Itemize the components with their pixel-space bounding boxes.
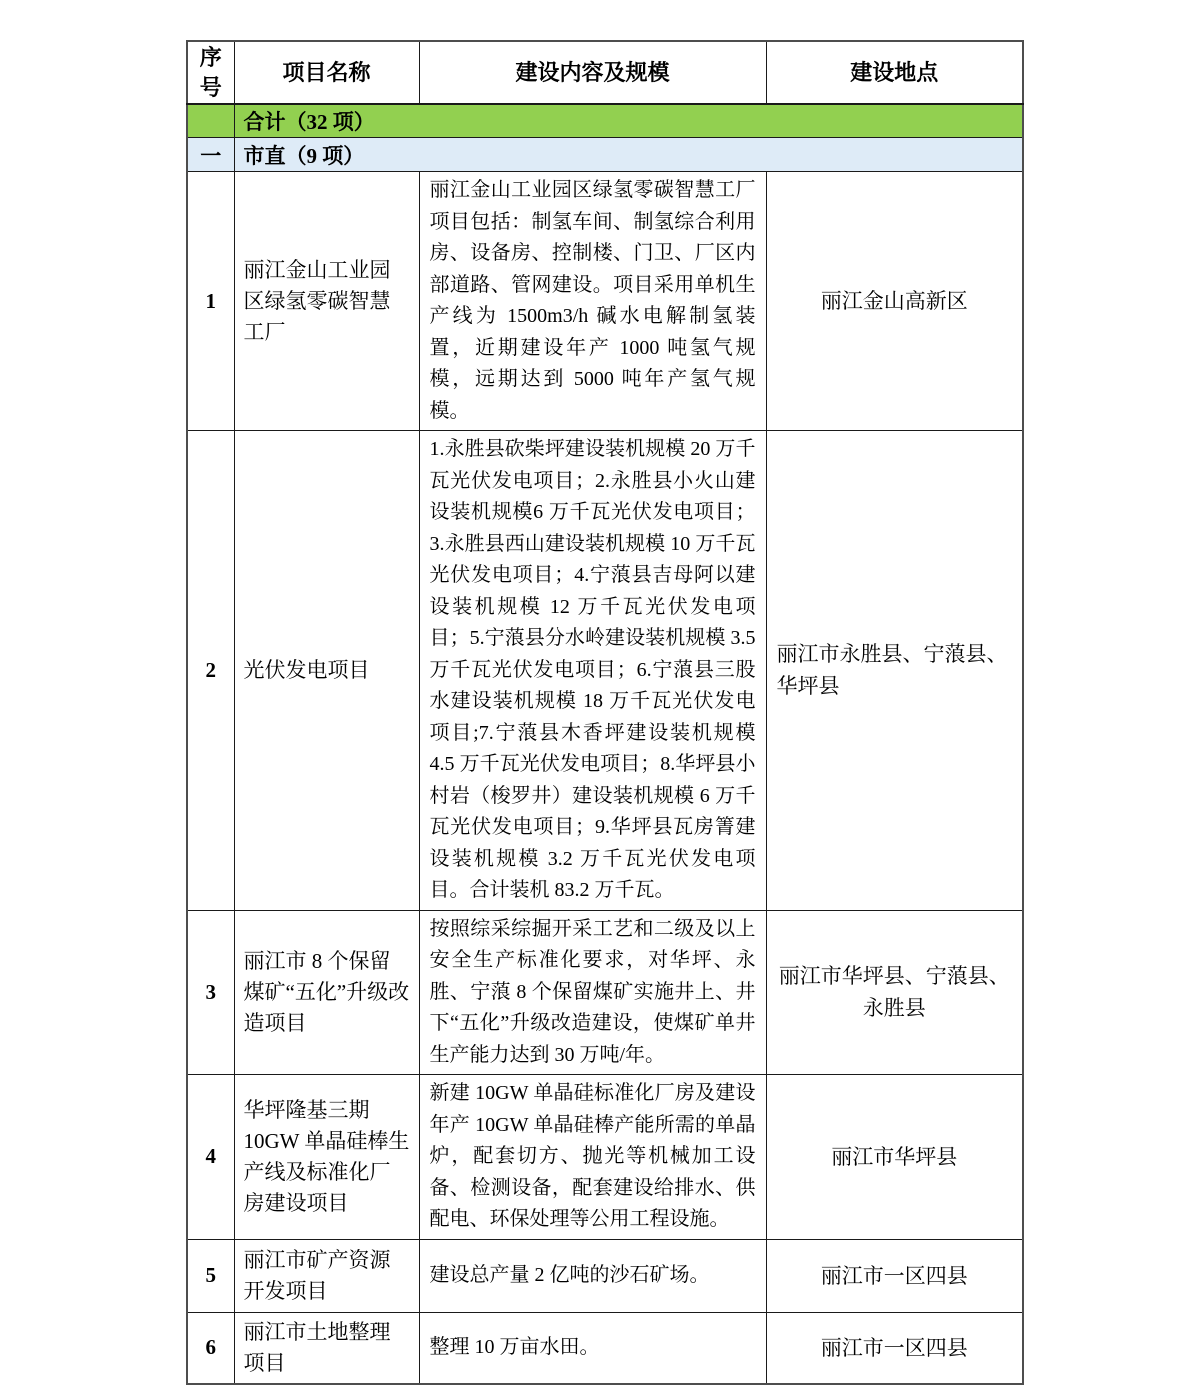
section-header-row: 一 市直（9 项） (187, 138, 1023, 172)
row-project-name: 华坪隆基三期 10GW 单晶硅棒生产线及标准化厂房建设项目 (234, 1075, 419, 1240)
row-construction-location: 丽江金山高新区 (766, 172, 1023, 431)
document-page: 序号 项目名称 建设内容及规模 建设地点 合计（32 项） 一 市直（9 项） … (0, 0, 1200, 1348)
column-header-project-name: 项目名称 (234, 41, 419, 104)
column-header-construction-content: 建设内容及规模 (419, 41, 766, 104)
section-serial-cell: 一 (187, 138, 234, 172)
row-construction-content: 建设总产量 2 亿吨的沙石矿场。 (419, 1239, 766, 1312)
row-construction-content: 整理 10 万亩水田。 (419, 1312, 766, 1384)
row-construction-content: 1.永胜县砍柴坪建设装机规模 20 万千瓦光伏发电项目；2.永胜县小火山建设装机… (419, 431, 766, 911)
row-serial-number: 5 (187, 1239, 234, 1312)
row-construction-content: 按照综采综掘开采工艺和二级及以上安全生产标准化要求，对华坪、永胜、宁蒗 8 个保… (419, 910, 766, 1075)
row-construction-location: 丽江市一区四县 (766, 1312, 1023, 1384)
row-project-name: 丽江市 8 个保留煤矿“五化”升级改造项目 (234, 910, 419, 1075)
table-row: 3 丽江市 8 个保留煤矿“五化”升级改造项目 按照综采综掘开采工艺和二级及以上… (187, 910, 1023, 1075)
row-serial-number: 1 (187, 172, 234, 431)
table-row: 1 丽江金山工业园区绿氢零碳智慧工厂 丽江金山工业园区绿氢零碳智慧工厂项目包括：… (187, 172, 1023, 431)
table-header-row: 序号 项目名称 建设内容及规模 建设地点 (187, 41, 1023, 104)
table-row: 6 丽江市土地整理项目 整理 10 万亩水田。 丽江市一区四县 (187, 1312, 1023, 1384)
table-row: 2 光伏发电项目 1.永胜县砍柴坪建设装机规模 20 万千瓦光伏发电项目；2.永… (187, 431, 1023, 911)
row-construction-content: 新建 10GW 单晶硅标准化厂房及建设年产 10GW 单晶硅棒产能所需的单晶炉，… (419, 1075, 766, 1240)
summary-serial-cell (187, 104, 234, 138)
row-project-name: 丽江金山工业园区绿氢零碳智慧工厂 (234, 172, 419, 431)
summary-total-row: 合计（32 项） (187, 104, 1023, 138)
table-row: 4 华坪隆基三期 10GW 单晶硅棒生产线及标准化厂房建设项目 新建 10GW … (187, 1075, 1023, 1240)
row-construction-content: 丽江金山工业园区绿氢零碳智慧工厂项目包括：制氢车间、制氢综合利用房、设备房、控制… (419, 172, 766, 431)
projects-table: 序号 项目名称 建设内容及规模 建设地点 合计（32 项） 一 市直（9 项） … (186, 40, 1024, 1385)
row-project-name: 丽江市矿产资源开发项目 (234, 1239, 419, 1312)
row-construction-location: 丽江市华坪县 (766, 1075, 1023, 1240)
section-header-label: 市直（9 项） (234, 138, 1023, 172)
row-serial-number: 3 (187, 910, 234, 1075)
row-construction-location: 丽江市永胜县、宁蒗县、华坪县 (766, 431, 1023, 911)
row-construction-location: 丽江市一区四县 (766, 1239, 1023, 1312)
row-serial-number: 6 (187, 1312, 234, 1384)
row-project-name: 丽江市土地整理项目 (234, 1312, 419, 1384)
table-row: 5 丽江市矿产资源开发项目 建设总产量 2 亿吨的沙石矿场。 丽江市一区四县 (187, 1239, 1023, 1312)
column-header-construction-location: 建设地点 (766, 41, 1023, 104)
row-serial-number: 2 (187, 431, 234, 911)
row-serial-number: 4 (187, 1075, 234, 1240)
summary-total-label: 合计（32 项） (234, 104, 1023, 138)
column-header-serial-number: 序号 (187, 41, 234, 104)
row-project-name: 光伏发电项目 (234, 431, 419, 911)
row-construction-location: 丽江市华坪县、宁蒗县、永胜县 (766, 910, 1023, 1075)
